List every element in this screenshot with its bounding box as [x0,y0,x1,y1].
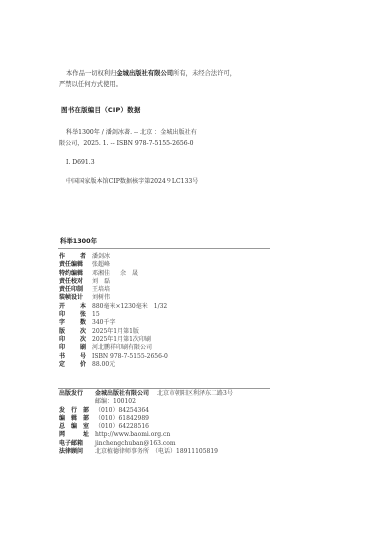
spec-value: 88.00元 [92,361,115,369]
book-title: 科举1300年 [60,236,97,245]
spec-row-edition: 版次 2025年1月第1版 [59,328,319,336]
credit-label: 责任校对 [59,278,92,286]
divider-bottom [58,388,270,389]
contact-label: 网址 [59,431,95,439]
credit-label: 特约编辑 [59,270,92,278]
contact-row-editorial: 编辑部 （010）61842989 [59,415,359,423]
spec-value: 2025年1月第1版 [92,328,139,336]
spec-value: 880毫米×1230毫米 1/32 [92,303,167,311]
credit-value: 刘树伟 [92,294,110,302]
contact-row-distribution: 发行部 （010）84254364 [59,407,359,415]
website-link[interactable]: http://www.baomi.org.cn [95,431,170,439]
spec-label: 版次 [59,328,92,336]
copyright-page: 本作品一切权利归金城出版社有限公司所有，未经合法许可， 严禁以任何方式使用。 图… [0,0,375,539]
spec-label: 定价 [59,361,92,369]
postcode-row: 邮编：100102 [59,398,359,406]
spec-label: 印刷 [59,344,92,352]
contact-label: 法律顾问 [59,448,95,456]
spec-value: 340千字 [92,319,115,327]
cip-classification: Ⅰ. D691.3 [59,157,309,168]
contact-value: （010）64228516 [95,423,149,431]
cip-record: 科举1300年 / 潘剑冰著. -- 北京 ：金城出版社有 限公司，2025. … [59,127,309,187]
credit-row-special-editor: 特约编辑 邓湘佳 余 晟 [59,270,319,278]
copyright-line-1: 本作品一切权利归金城出版社有限公司所有，未经合法许可， [59,68,299,79]
publisher-address: 北京市朝阳区利泽东二路3号 [157,390,233,398]
email-link[interactable]: jinchengchuban@163.com [95,440,176,448]
copyright-notice: 本作品一切权利归金城出版社有限公司所有，未经合法许可， 严禁以任何方式使用。 [59,68,299,90]
spec-row-price: 定价 88.00元 [59,361,319,369]
spec-row-isbn: 书号 ISBN 978-7-5155-2656-0 [59,353,319,361]
cip-record-line-2: 限公司，2025. 1. -- ISBN 978-7-5155-2656-0 [59,138,309,149]
credit-value: 刘 磊 [92,278,110,286]
copyright-line-2: 严禁以任何方式使用。 [59,79,299,90]
spec-row-printer: 印刷 河北鹏祥印刷有限公司 [59,344,319,352]
spec-row-word-count: 字数 340千字 [59,319,319,327]
contact-row-legal: 法律顾问 北京植德律师事务所 （电话）18911105819 [59,448,359,456]
cip-record-line-1: 科举1300年 / 潘剑冰著. -- 北京 ：金城出版社有 [59,127,309,138]
contact-row-chief-editor-office: 总编室 （010）64228516 [59,423,359,431]
credit-value: 张超峰 [92,261,110,269]
contact-value: （010）84254364 [95,407,149,415]
contact-label: 电子邮箱 [59,440,95,448]
spec-label: 字数 [59,319,92,327]
credit-value: 邓湘佳 [92,270,110,278]
contact-label: 发行部 [59,407,95,415]
postcode: 邮编：100102 [59,398,136,406]
contact-row-email: 电子邮箱 jinchengchuban@163.com [59,440,359,448]
credit-row-designer: 装帧设计 刘树伟 [59,294,319,302]
credit-label: 责任编辑 [59,261,92,269]
spec-value: ISBN 978-7-5155-2656-0 [92,353,168,361]
contact-label: 编辑部 [59,415,95,423]
credit-label: 装帧设计 [59,294,92,302]
cip-title: 图书在版编目（CIP）数据 [61,105,141,114]
contact-row-website: 网址 http://www.baomi.org.cn [59,431,359,439]
contact-value: 北京植德律师事务所 （电话）18911105819 [95,448,218,456]
book-details: 作者 潘剑冰 责任编辑 张超峰 特约编辑 邓湘佳 余 晟 责任校对 刘 磊 责任… [59,253,319,369]
publisher-name-emphasis: 金城出版社有限公司 [116,70,173,77]
credit-row-editor: 责任编辑 张超峰 [59,261,319,269]
credit-value-extra: 余 晟 [120,270,138,278]
cip-library-note: 中国国家版本馆CIP数据核字第2024９LC133号 [59,176,309,187]
contact-value: （010）61842989 [95,415,149,423]
spec-value: 河北鹏祥印刷有限公司 [92,344,152,352]
spec-row-format: 开本 880毫米×1230毫米 1/32 [59,303,319,311]
spec-label: 开本 [59,303,92,311]
credit-row-proofreader: 责任校对 刘 磊 [59,278,319,286]
spec-label: 书号 [59,353,92,361]
publisher-label: 出版发行 [59,390,95,398]
publisher-info: 出版发行 金城出版社有限公司 北京市朝阳区利泽东二路3号 邮编：100102 发… [59,390,359,456]
divider-top [58,248,270,249]
